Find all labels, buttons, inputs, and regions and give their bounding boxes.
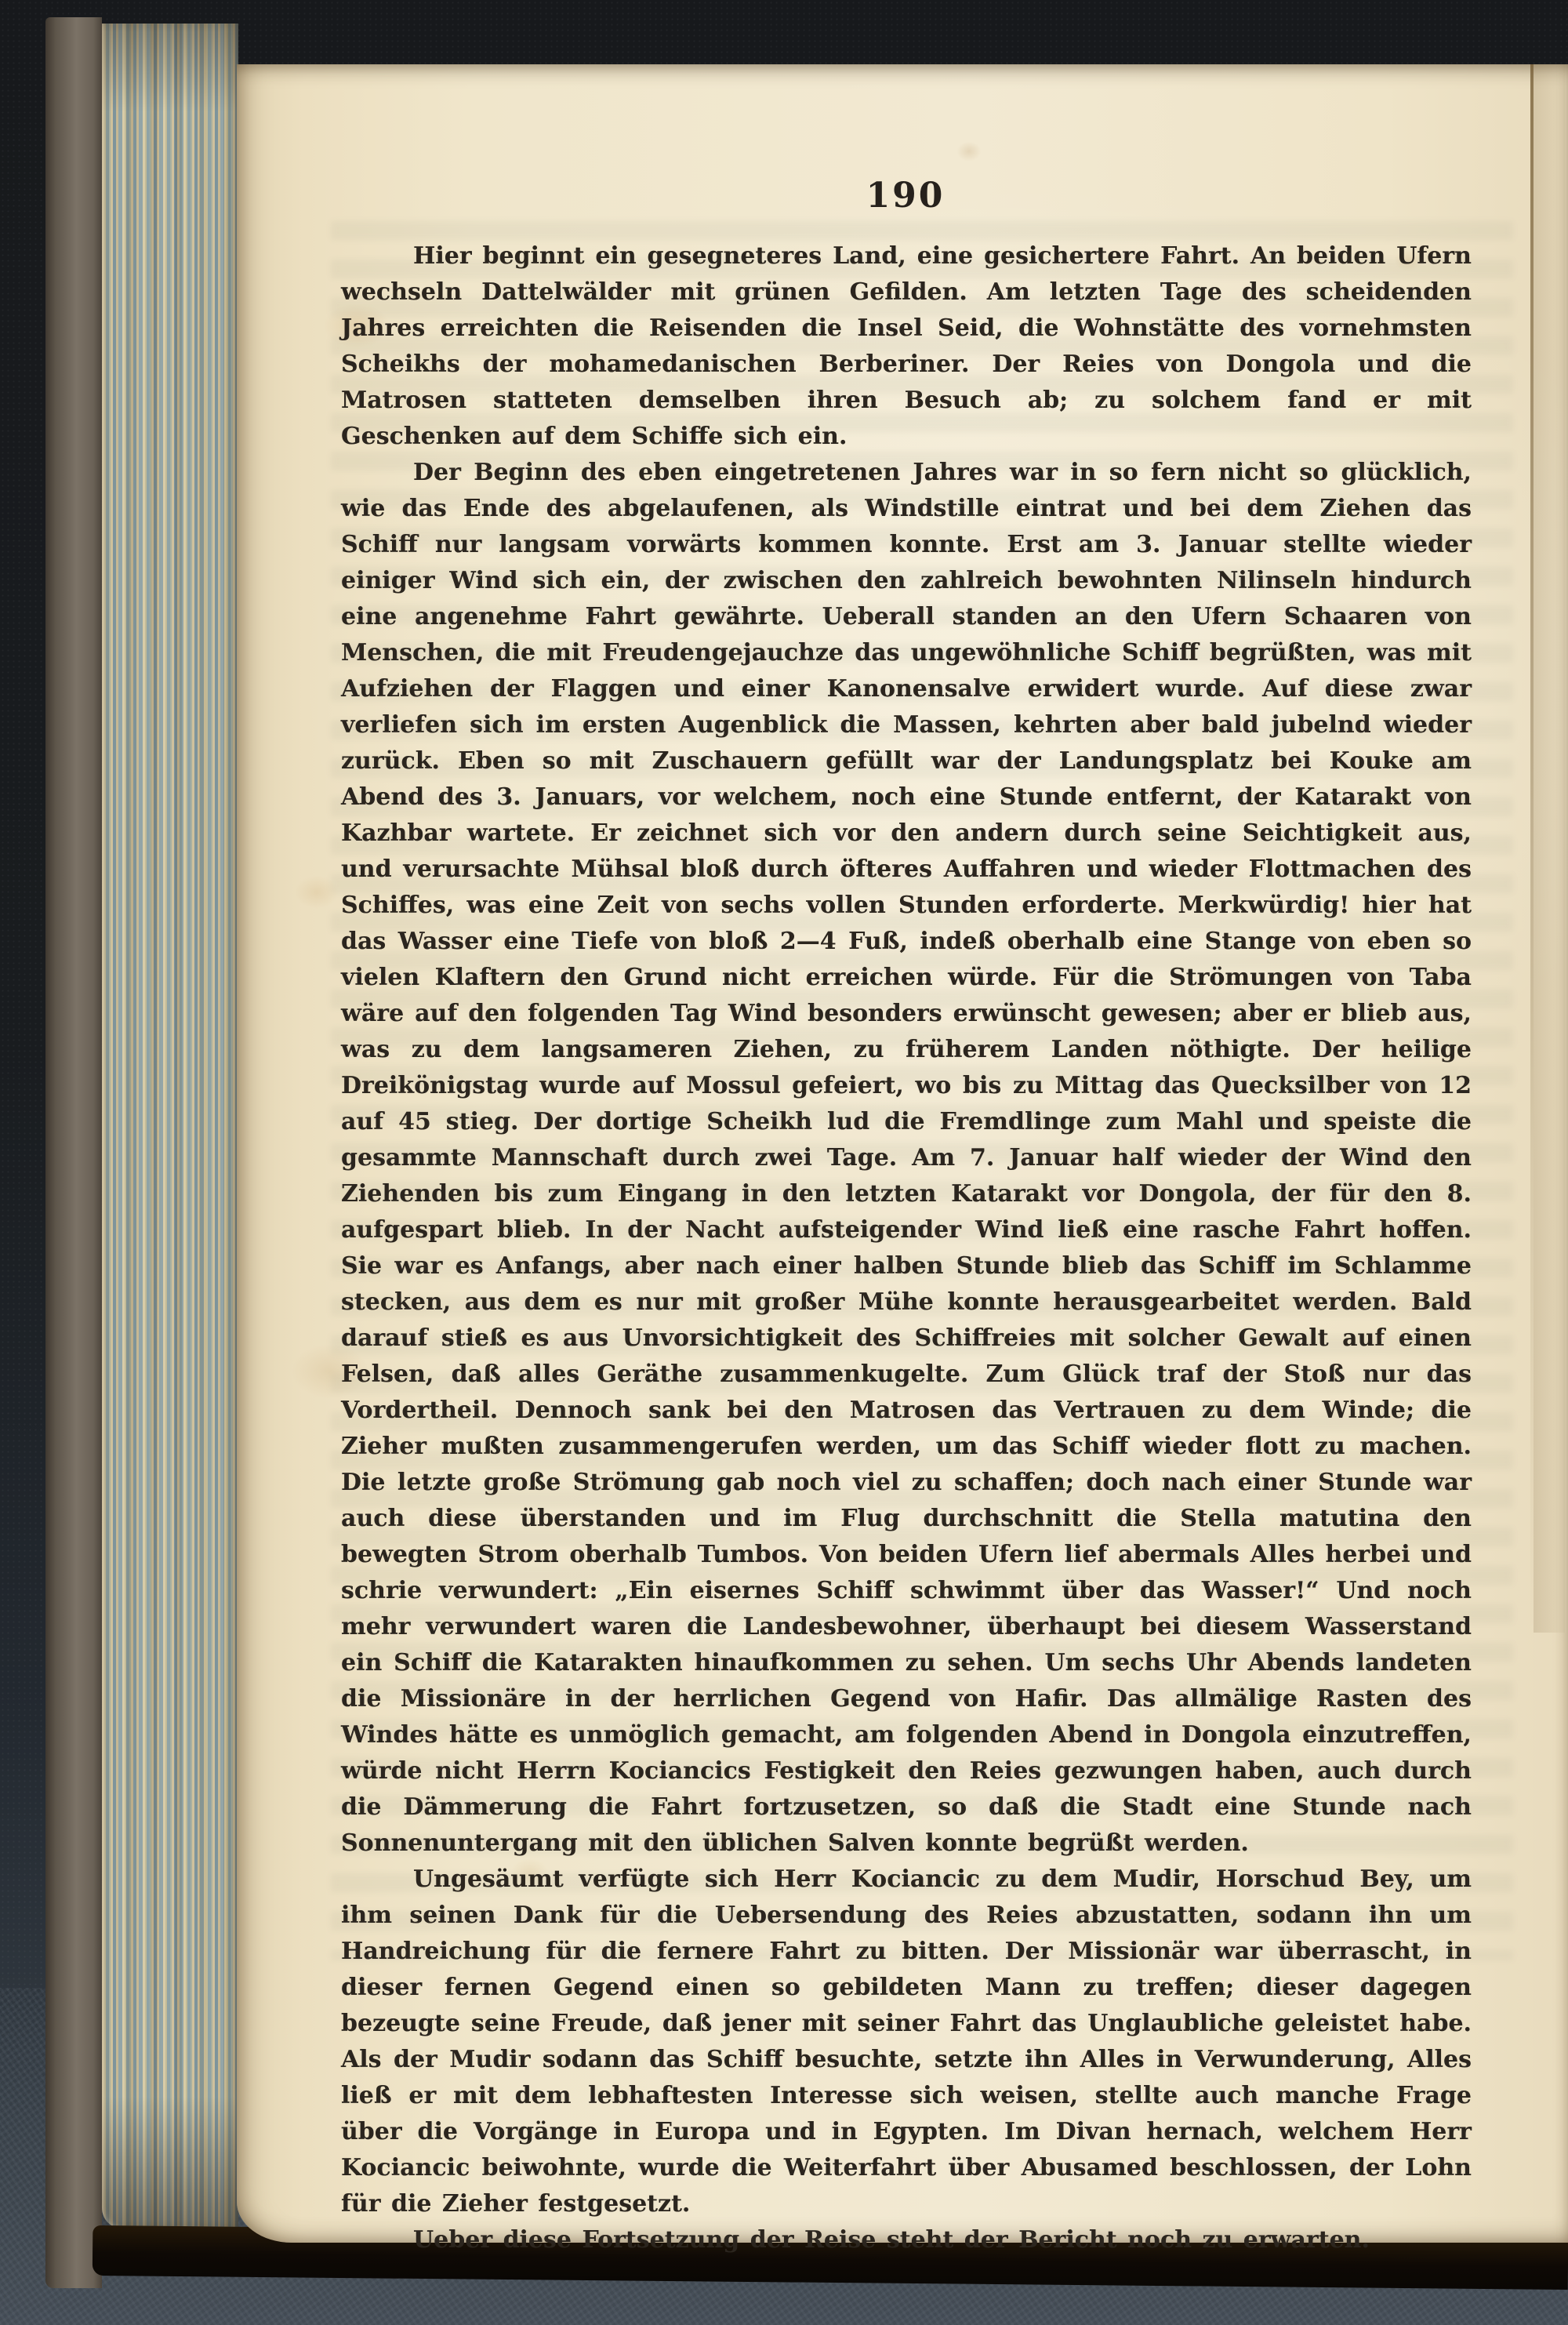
text-block: Hier beginnt ein gesegneteres Land, eine…	[341, 238, 1472, 2258]
book-cover-edge	[45, 17, 102, 2288]
page-crease	[1530, 64, 1534, 1633]
paragraph: Ungesäumt verfügte sich Herr Kociancic z…	[341, 1862, 1472, 2222]
page-stack-fore-edge	[102, 24, 238, 2229]
paragraph: Ueber diese Fortsetzung der Reise steht …	[341, 2222, 1472, 2258]
paragraph: Hier beginnt ein gesegneteres Land, eine…	[341, 238, 1472, 455]
book-scan: 190 Hier beginnt ein gesegneteres Land, …	[0, 0, 1568, 2325]
paragraph: Der Beginn des eben eingetretenen Jahres…	[341, 455, 1472, 1862]
page-number: 190	[341, 176, 1470, 216]
book-page: 190 Hier beginnt ein gesegneteres Land, …	[237, 64, 1568, 2243]
